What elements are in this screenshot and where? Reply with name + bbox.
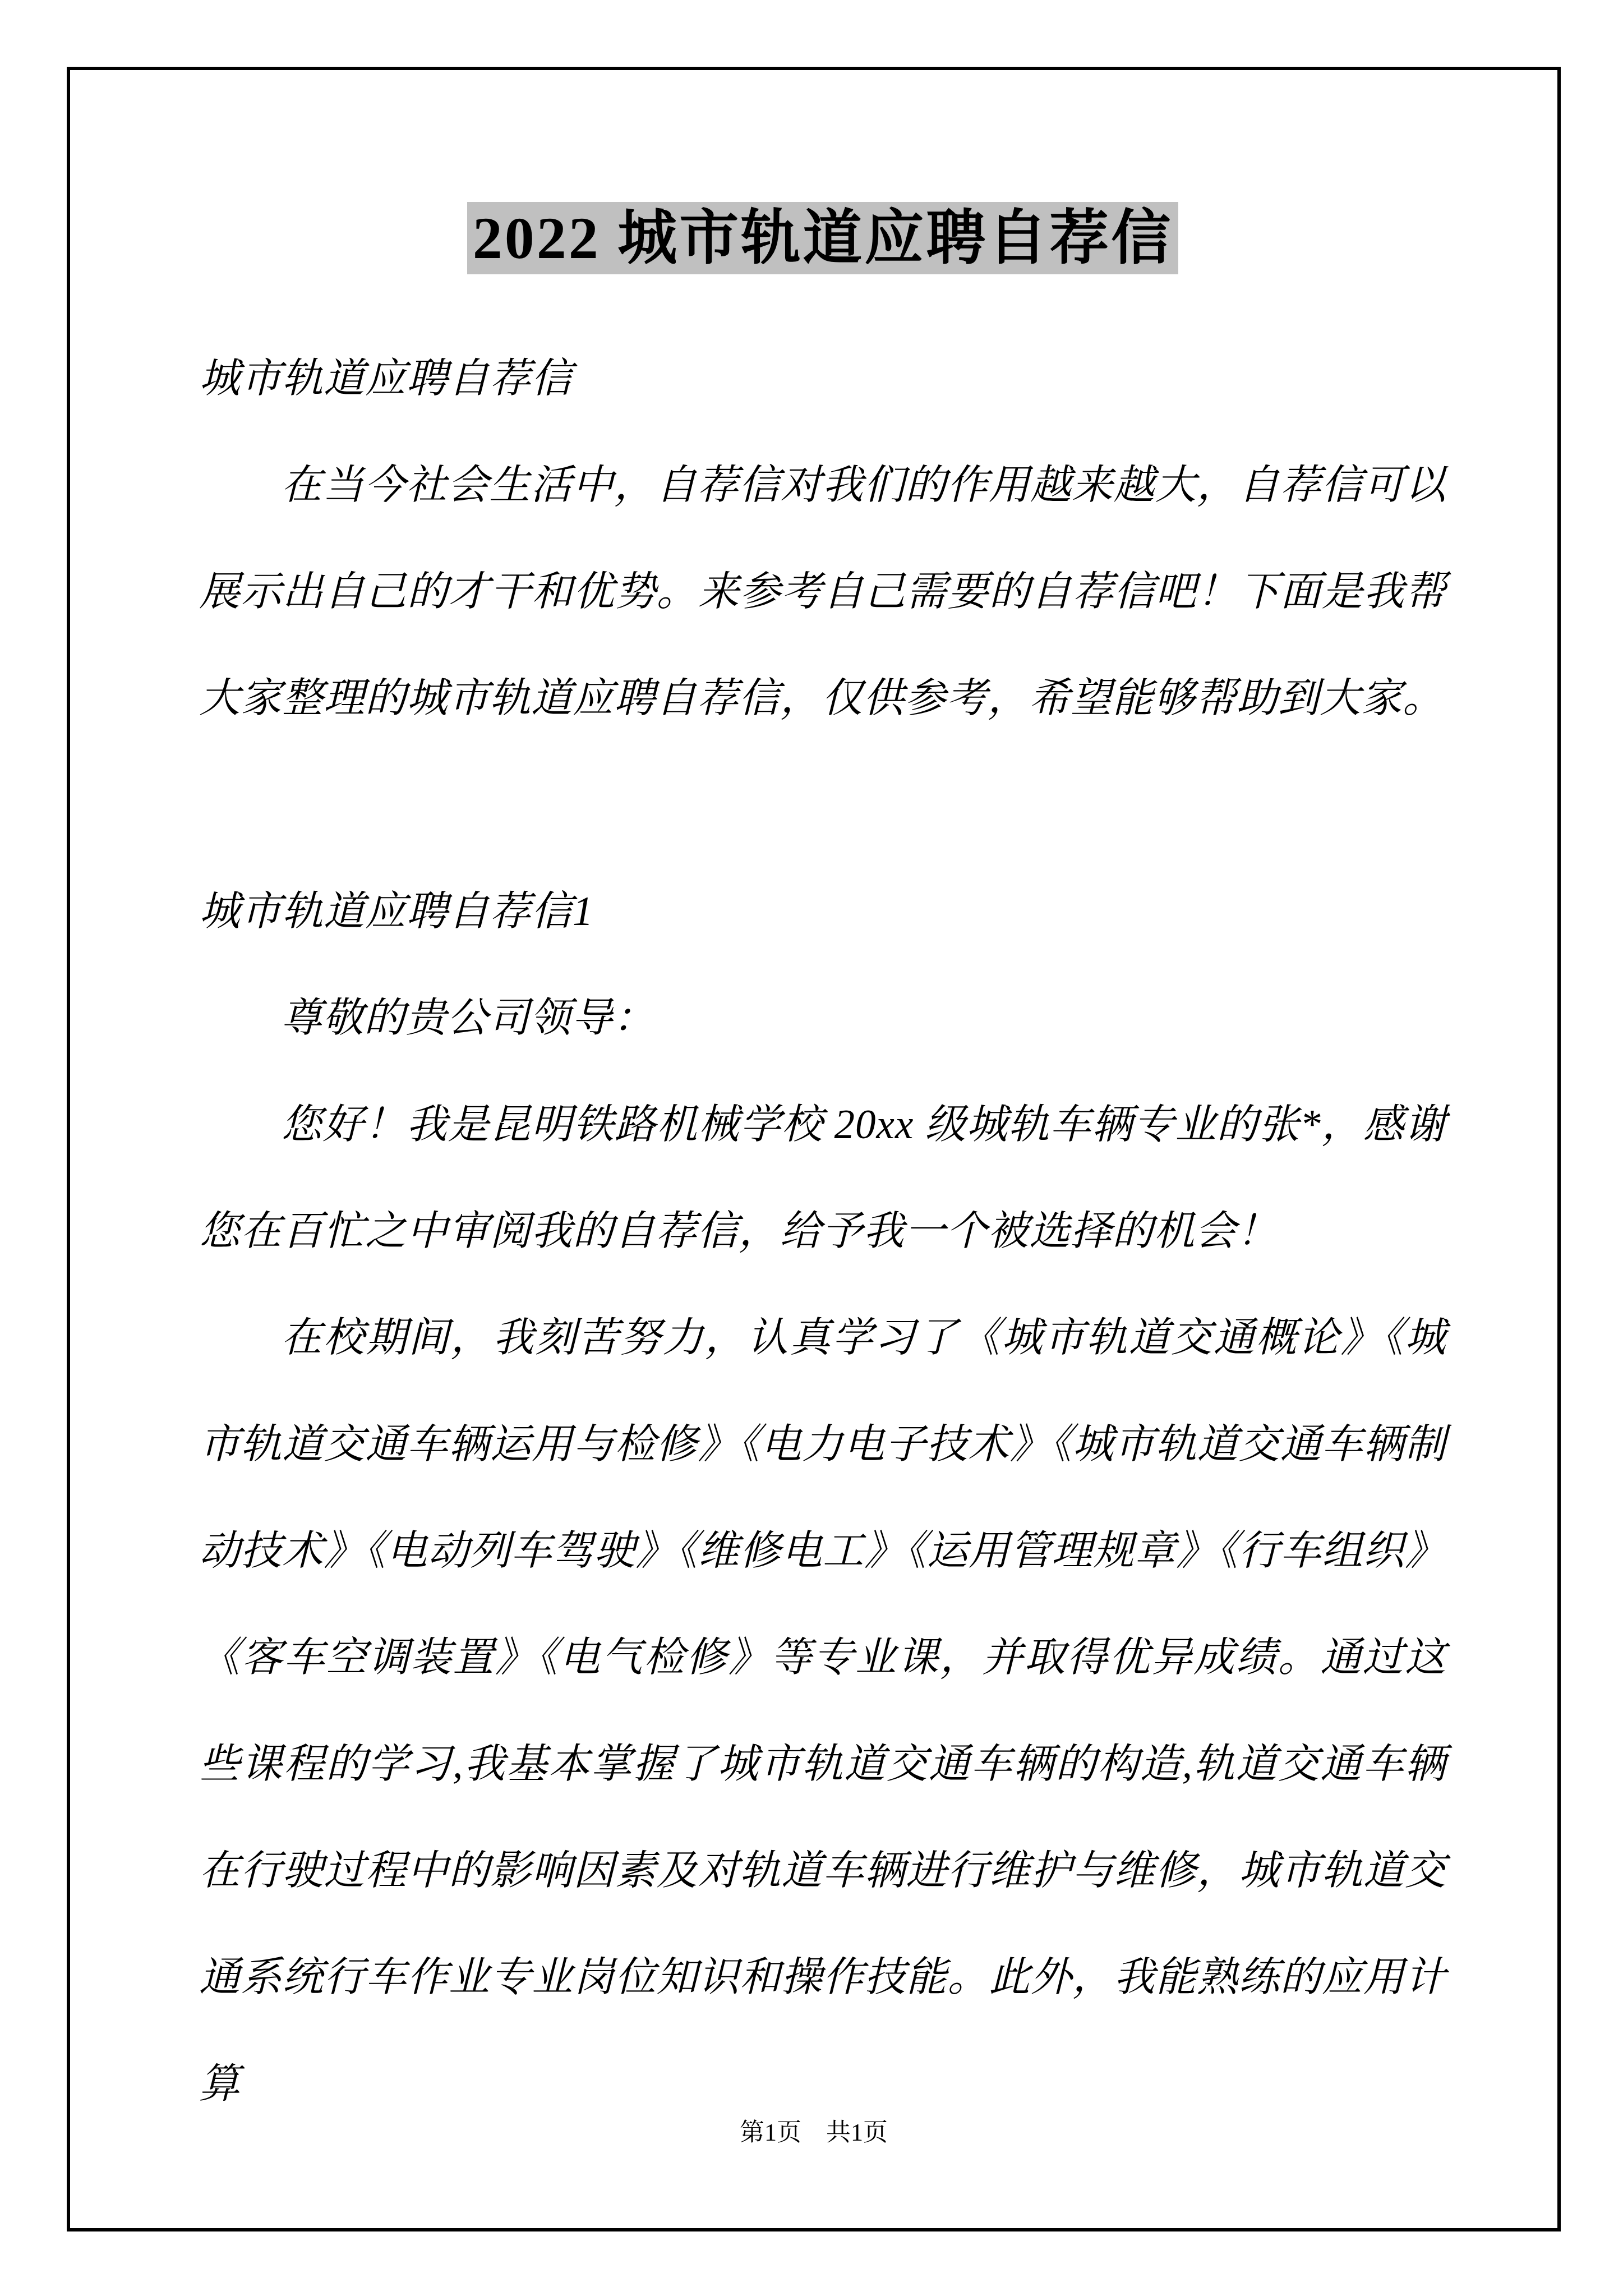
document-title: 2022 城市轨道应聘自荐信: [199, 199, 1446, 278]
footer-total-pages: 共1页: [826, 2119, 888, 2146]
blank-line: [199, 752, 1446, 858]
paragraph-studies: 在校期间，我刻苦努力，认真学习了《城市轨道交通概论》《城市轨道交通车辆运用与检修…: [199, 1285, 1446, 2137]
footer-current-page: 第1页: [740, 2119, 801, 2146]
paragraph-intro: 在当今社会生活中，自荐信对我们的作用越来越大，自荐信可以展示出自己的才干和优势。…: [199, 432, 1446, 752]
document-content: 2022 城市轨道应聘自荐信 城市轨道应聘自荐信 在当今社会生活中，自荐信对我们…: [199, 199, 1446, 2137]
paragraph-section-heading: 城市轨道应聘自荐信1: [199, 858, 1446, 965]
page-footer: 第1页共1页: [67, 2116, 1561, 2150]
paragraph-greeting: 您好！我是昆明铁路机械学校 20xx 级城轨车辆专业的张*，感谢您在百忙之中审阅…: [199, 1071, 1446, 1285]
paragraph-salutation: 尊敬的贵公司领导：: [199, 965, 1446, 1071]
paragraph-lead-heading: 城市轨道应聘自荐信: [199, 325, 1446, 432]
title-highlight: 2022 城市轨道应聘自荐信: [467, 202, 1179, 274]
